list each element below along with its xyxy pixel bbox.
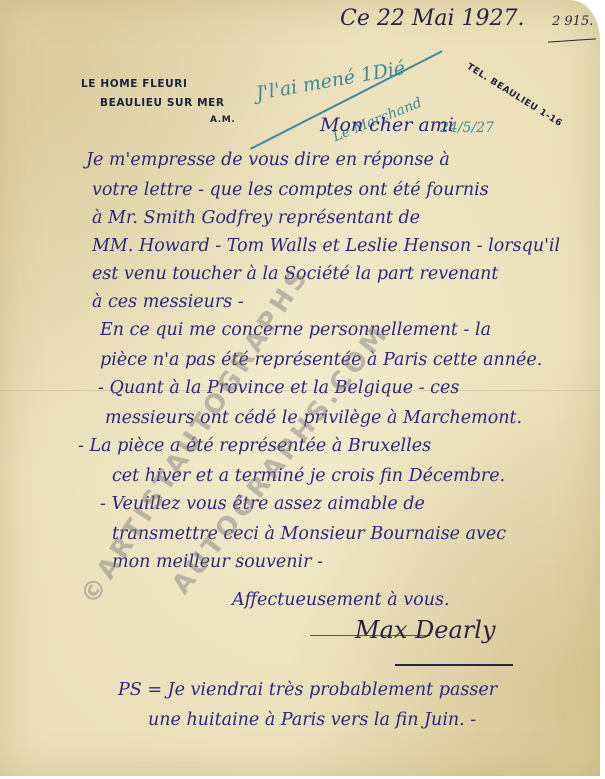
reference-underline xyxy=(548,38,596,42)
body-line: à ces messieurs - xyxy=(92,292,244,312)
body-line: votre lettre - que les comptes ont été f… xyxy=(92,180,489,200)
letter-paper: Ce 22 Mai 1927. 2 915. LE HOME FLEURI BE… xyxy=(0,0,600,776)
body-line: En ce qui me concerne personnellement - … xyxy=(100,320,491,340)
body-line: - Quant à la Province et la Belgique - c… xyxy=(98,378,459,398)
letterhead-region: A.M. xyxy=(210,115,235,125)
reference-number: 2 915. xyxy=(552,14,593,29)
signature: Max Dearly xyxy=(355,616,496,644)
closing: Affectueusement à vous. xyxy=(232,590,450,610)
postscript-line: une huitaine à Paris vers la fin Juin. - xyxy=(148,710,476,730)
signature-underline xyxy=(395,664,513,666)
letter-date: Ce 22 Mai 1927. xyxy=(340,6,525,31)
body-line: pièce n'a pas été représentée à Paris ce… xyxy=(100,350,542,370)
body-line: - La pièce a été représentée à Bruxelles xyxy=(78,436,431,456)
letterhead-name: LE HOME FLEURI xyxy=(81,78,187,90)
body-line: Je m'empresse de vous dire en réponse à xyxy=(86,150,450,170)
body-line: MM. Howard - Tom Walls et Leslie Henson … xyxy=(92,236,560,256)
postscript-line: PS = Je viendrai très probablement passe… xyxy=(118,680,497,700)
body-line: à Mr. Smith Godfrey représentant de xyxy=(92,208,420,228)
salutation: Mon cher ami xyxy=(320,114,454,136)
body-line: transmettre ceci à Monsieur Bournaise av… xyxy=(112,524,506,544)
letterhead-town: BEAULIEU SUR MER xyxy=(100,97,225,109)
